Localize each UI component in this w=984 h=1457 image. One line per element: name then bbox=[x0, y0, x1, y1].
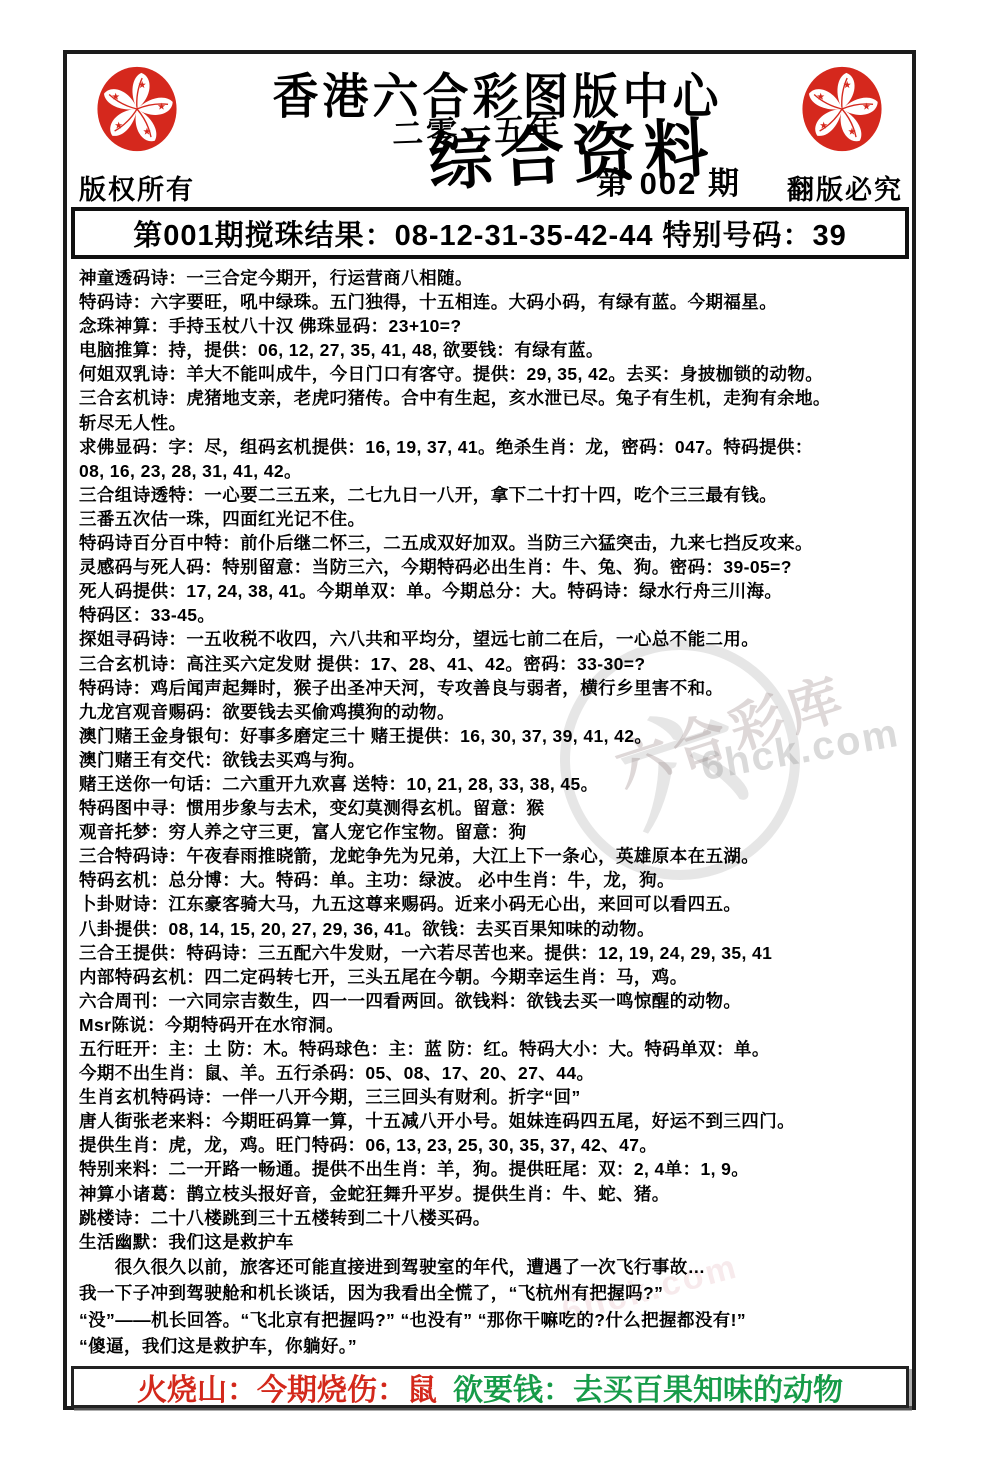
body-line: 特码区：33-45。 bbox=[79, 603, 911, 627]
body-line: 特码诗百分百中特：前仆后继二怀三，二五成双好加双。当防三六猛突击，九来七挡反攻来… bbox=[79, 531, 911, 555]
lottery-sheet: 六 六合彩库 6hck.com 6hck.com 香港六合彩图版中心 二零一五年… bbox=[0, 0, 984, 1457]
body-line: Msr陈说：今期特码开在水帘洞。 bbox=[79, 1013, 911, 1037]
copyright-notice: 版权所有 bbox=[79, 168, 195, 207]
body-line: 唐人街张老来料：今期旺码算一算，十五减八开小号。姐妹连码四五尾，好运不到三四门。 bbox=[79, 1109, 911, 1133]
body-line: 神童透码诗：一三合定今期开，行运营商八相随。 bbox=[79, 266, 911, 290]
body-line: 很久很久以前，旅客还可能直接进到驾驶室的年代，遭遇了一次飞行事故… bbox=[79, 1254, 911, 1281]
body-line: 观音托梦：穷人养之守三更，富人宠它作宝物。留意：狗 bbox=[79, 820, 911, 844]
body-line: 斩尽无人性。 bbox=[79, 411, 911, 435]
body-line: 澳门赌王有交代：欲钱去买鸡与狗。 bbox=[79, 748, 911, 772]
body-line: 电脑推算：持，提供：06, 12, 27, 35, 41, 48, 欲要钱：有绿… bbox=[79, 338, 911, 362]
body-line: 六合周刊：一六同宗吉数生，四一一四看两回。欲钱料：欲钱去买一鸣惊醒的动物。 bbox=[79, 989, 911, 1013]
footer-red-text: 火烧山：今期烧伤：鼠 bbox=[137, 1365, 437, 1409]
body-line: 特别来料：二一开路一畅通。提供不出生肖：羊，狗。提供旺尾：双：2, 4单：1, … bbox=[79, 1157, 911, 1181]
body-line: 死人码提供：17, 24, 38, 41。今期单双：单。今期总分：大。特码诗：绿… bbox=[79, 579, 911, 603]
piracy-notice: 翻版必究 bbox=[787, 168, 903, 207]
body-line: 我一下子冲到驾驶舱和机长谈话，因为我看出全慌了，“飞杭州有把握吗?” bbox=[79, 1280, 911, 1307]
body-line: 三合玄机诗：高注买六定发财 提供：17、28、41、42。密码：33-30=? bbox=[79, 652, 911, 676]
body-line: 三合组诗透特：一心要二三五来，二七九日一八开，拿下二十打十四，吃个三三最有钱。 bbox=[79, 483, 911, 507]
body-line: 今期不出生肖：鼠、羊。五行杀码：05、08、17、20、27、44。 bbox=[79, 1061, 911, 1085]
body-line: 特码玄机：总分博：大。特码：单。主功：绿波。 必中生肖：牛，龙，狗。 bbox=[79, 868, 911, 892]
body-line: 念珠神算：手持玉杖八十汉 佛珠显码：23+10=? bbox=[79, 314, 911, 338]
issue-number: 第 002 期 bbox=[596, 158, 741, 203]
body-line: 三合特码诗：午夜春雨推晓箭，龙蛇争先为兄弟，大江上下一条心，英雄原本在五湖。 bbox=[79, 844, 911, 868]
bauhinia-flower-icon bbox=[799, 62, 885, 156]
body-line: 澳门赌王金身银句：好事多磨定三十 赌王提供：16, 30, 37, 39, 41… bbox=[79, 724, 911, 748]
body-line: 赌王送你一句话：二六重开九欢喜 送特：10, 21, 28, 33, 38, 4… bbox=[79, 772, 911, 796]
body-line: 特码诗：鸡后闻声起舞时，猴子出圣冲天河，专攻善良与弱者，横行乡里害不和。 bbox=[79, 676, 911, 700]
footer-green-text: 欲要钱：去买百果知味的动物 bbox=[453, 1365, 843, 1409]
footer-tip-bar: 火烧山：今期烧伤：鼠 欲要钱：去买百果知味的动物 bbox=[71, 1366, 909, 1408]
body-line: 三合王提供：特码诗：三五配六牛发财，一六若尽苦也来。提供：12, 19, 24,… bbox=[79, 941, 911, 965]
body-line: 跳楼诗：二十八楼跳到三十五楼转到二十八楼买码。 bbox=[79, 1206, 911, 1230]
body-line: 特码诗：六字要旺，吼中绿珠。五门独得，十五相连。大码小码，有绿有蓝。今期福星。 bbox=[79, 290, 911, 314]
body-lines: 神童透码诗：一三合定今期开，行运营商八相随。特码诗：六字要旺，吼中绿珠。五门独得… bbox=[79, 266, 911, 1360]
body-line: 九龙宫观音赐码：欲要钱去买偷鸡摸狗的动物。 bbox=[79, 700, 911, 724]
body-line: 内部特码玄机：四二定码转七开，三头五尾在今朝。今期幸运生肖：马，鸡。 bbox=[79, 965, 911, 989]
draw-result-bar: 第001期搅珠结果：08-12-31-35-42-44 特别号码：39 bbox=[71, 207, 909, 259]
body-line: 卜卦财诗：江东豪客骑大马，九五这尊来赐码。近来小码无心出，来回可以看四五。 bbox=[79, 892, 911, 916]
body-line: “傻逼，我们这是救护车，你躺好。” bbox=[79, 1333, 911, 1360]
body-line: 求佛显码：字：尽，组码玄机提供：16, 19, 37, 41。绝杀生肖：龙，密码… bbox=[79, 435, 911, 459]
body-line: 五行旺开：主：土 防：木。特码球色：主：蓝 防：红。特码大小：大。特码单双：单。 bbox=[79, 1037, 911, 1061]
body-line: 08, 16, 23, 28, 31, 41, 42。 bbox=[79, 459, 911, 483]
body-line: “没”——机长回答。“飞北京有把握吗?” “也没有” “那你干嘛吃的?什么把握都… bbox=[79, 1307, 911, 1334]
body-line: 提供生肖：虎，龙，鸡。旺门特码：06, 13, 23, 25, 30, 35, … bbox=[79, 1133, 911, 1157]
body-line: 三番五次估一珠，四面红光记不住。 bbox=[79, 507, 911, 531]
body-line: 探姐寻码诗：一五收税不收四，六八共和平均分，望远七前二在后，一心总不能二用。 bbox=[79, 627, 911, 651]
bauhinia-flower-icon bbox=[94, 62, 180, 156]
body-line: 何姐双乳诗：羊大不能叫成牛，今日门口有客守。提供：29, 35, 42。去买：身… bbox=[79, 362, 911, 386]
body-line: 生肖玄机特码诗：一伴一八开今期，三三回头有财利。折字“回” bbox=[79, 1085, 911, 1109]
body-line: 神算小诸葛：鹊立枝头报好音，金蛇狂舞升平岁。提供生肖：牛、蛇、猪。 bbox=[79, 1182, 911, 1206]
body-line: 生活幽默：我们这是救护车 bbox=[79, 1230, 911, 1254]
body-line: 八卦提供：08, 14, 15, 20, 27, 29, 36, 41。欲钱：去… bbox=[79, 917, 911, 941]
body-line: 灵感码与死人码：特别留意：当防三六，今期特码必出生肖：牛、兔、狗。密码：39-0… bbox=[79, 555, 911, 579]
body-line: 特码图中寻：惯用步象与去术，变幻莫测得玄机。留意：猴 bbox=[79, 796, 911, 820]
body-line: 三合玄机诗：虎猪地支亲，老虎叼猪传。合中有生起，亥水泄已尽。兔子有生机，走狗有余… bbox=[79, 386, 911, 410]
